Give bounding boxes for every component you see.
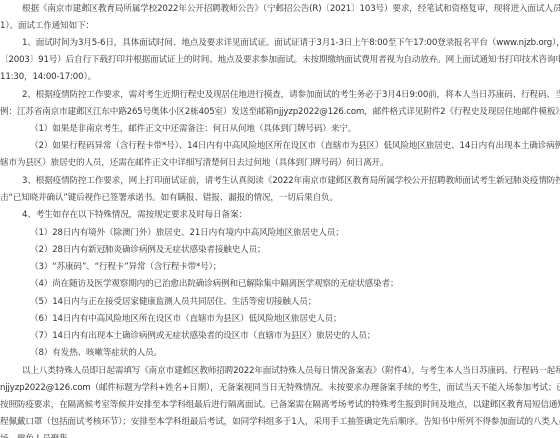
item-4-heading: 4、考生如存在以下特殊情况，需按规定要求及时每日备案：: [0, 208, 560, 222]
closing-paragraph-line-3: 按照防疫要求，在隔离候考室等候并安排至本学科组最后进行隔离面试。已备案需在隔离考…: [0, 398, 560, 412]
item-1-line-1: 1、面试时间为3月5-6日，具体面试时间、地点及要求详见面试证。面试证请于3月1…: [0, 36, 560, 50]
item-2-sub-1: （1）如果是非南京考生，邮件正文中还需备注：何日从何地（具体到门牌号码）来宁。: [0, 122, 560, 136]
closing-paragraph-line-4: 程佩戴口罩（包括面试考核环节）；安排至本学科组最后考试，如同学科组多于1人，采用…: [0, 415, 560, 429]
item-4-sub-7: （7）14日内有出现本土确诊病例或无症状感染者的设区市（直辖市为县区）旅居史的人…: [0, 329, 560, 343]
closing-paragraph-line-1: 以上八类特殊人员即日起需填写《南京市建邺区教师招聘2022年面试特殊人员每日情况…: [0, 364, 560, 378]
item-2-sub-2-line-2: 辖市为县区）旅居史的人员，还需在邮件正文中详细写清楚何日去过何地（具体到门牌号码…: [0, 156, 560, 170]
item-4-sub-1: （1）28日内有境外（除澳门外）旅居史、21日内有境内中高风险地区旅居史人员；: [0, 226, 560, 240]
item-4-sub-2: （2）28日内有新冠肺炎确诊病例及无症状感染者接触史人员；: [0, 243, 560, 257]
closing-paragraph-line-5: 场，避免人员聚集。: [0, 432, 560, 438]
item-1-line-2: 〔2003〕91号）后自行下载打印并根据面试证上的时间、地点及要求参加面试。未按…: [0, 53, 560, 67]
item-1-line-3: 11:30，14:00-17:00）。: [0, 70, 560, 84]
item-4-sub-4: （4）尚在随访及医学观察期内的已治愈出院确诊病例和已解除集中隔离医学观察的无症状…: [0, 277, 560, 291]
item-2-sub-2-line-1: （2）如果行程码异常（含行程卡带*号）、14日内有中高风险地区所在设区市（直辖市…: [0, 139, 560, 153]
intro-paragraph-line-1: 根据《南京市建邺区教育局所属学校2022年公开招聘教师公告》（宁邺招公告(R)〔…: [0, 2, 560, 16]
item-2-line-1: 2、根据疫情防控工作要求，需对考生近期行程史及现居住地进行摸查，请参加面试的考生…: [0, 88, 560, 102]
item-3-line-2: 击“已知晓并确认”键后视作已签署承诺书。如有瞒报、错报、漏报的情况，一切后果自负…: [0, 191, 560, 205]
notice-document: 根据《南京市建邺区教育局所属学校2022年公开招聘教师公告》（宁邺招公告(R)〔…: [0, 0, 560, 438]
item-2-line-2: 例：江苏省南京市建邺区江东中路265号奥体小区2栋405室）发送至邮箱njjyz…: [0, 105, 560, 119]
item-4-sub-8: （8）有发热、咳嗽等症状的人员。: [0, 346, 560, 360]
item-4-sub-3: （3）“苏康码”、“行程卡”异常（含行程卡带*号）；: [0, 260, 560, 274]
item-4-sub-6: （6）14日内有中高风险地区所在设区市（直辖市为县区）低风险地区旅居史人员；: [0, 312, 560, 326]
closing-paragraph-line-2: njjyzp2022@126.com（邮件标题为学科+姓名+日期），无备案视同当…: [0, 381, 560, 395]
item-4-sub-5: （5）14日内与正在接受居家健康监测人员共同居住、生活等密切接触人员；: [0, 295, 560, 309]
intro-paragraph-line-2: 1）。面试工作通知如下：: [0, 19, 560, 33]
item-3-line-1: 3、根据疫情防控工作要求，网上打印面试证前，请考生认真阅读《2022年南京市建邺…: [0, 174, 560, 188]
